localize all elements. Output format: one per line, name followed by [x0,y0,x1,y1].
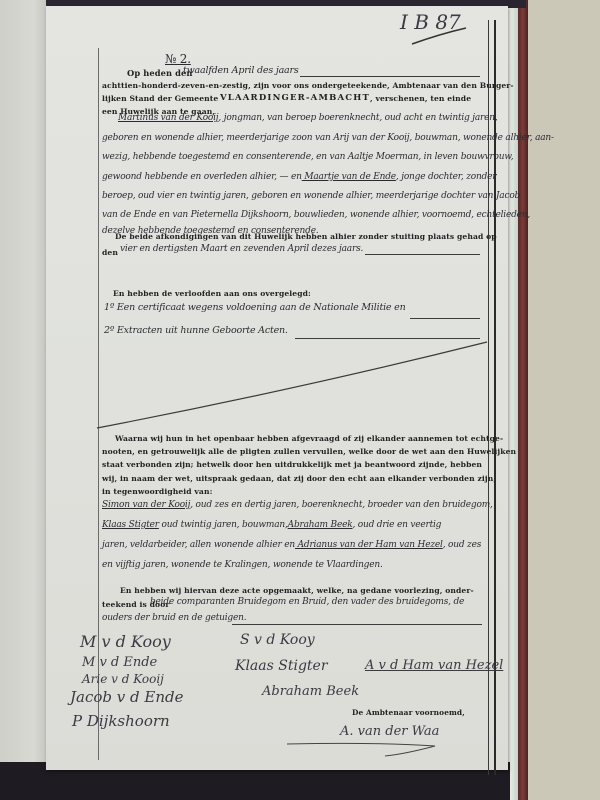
party-line: Martinus van der Kooij, jongman, van ber… [118,113,498,123]
intro-line3-pre: lijken Stand der Gemeente [102,94,218,103]
closing-hand-3: ouders der bruid en de getuigen. [102,613,246,623]
person-name: Simon van der Kooij [102,500,190,510]
signature-witness-3: Abraham Beek [262,684,359,699]
signature-mother-bride: P Dijkshoorn [72,712,170,730]
document-item-1: 1º Een certificaat wegens voldoening aan… [104,302,405,313]
party-line: wezig, hebbende toegestemd en consentere… [102,152,513,162]
official-flourish [285,740,465,760]
ceremony-line: in tegenwoordigheid van: [102,487,212,496]
fill-line [300,76,480,77]
proclamation-printed: De beide afkondigingen van dit Huwelijk … [115,232,497,241]
person-name: Klaas Stigter [102,520,159,530]
party-line: beroep, oud vier en twintig jaren, gebor… [102,191,520,201]
fill-line [295,338,480,339]
left-page-edge [0,0,48,790]
line-text: , jongman, van beroep boerenknecht, oud … [218,113,497,123]
signature-father-groom: Arie v d Kooij [82,672,164,686]
party-line: van de Ende en van Pieternella Dijkshoor… [102,210,530,220]
line-text: wezig, hebbende toegestemd en consentere… [102,152,513,162]
line-text: en vijftig jaren, wonende te Kralingen, … [102,560,383,570]
fill-line [232,624,482,625]
ceremony-line: nooten, en getrouwelijk alle de pligten … [102,447,516,456]
intro-date-hand: twaalfden April des jaars [183,65,299,76]
party-line: geboren en wonende alhier, meerderjarige… [102,133,554,143]
proclamation-dates-hand: vier en dertigsten Maart en zevenden Apr… [120,244,363,254]
signature-bride: M v d Ende [82,655,157,670]
signature-groom: M v d Kooy [80,632,171,651]
line-text: gewoond hebbende en overleden alhier, — … [102,172,302,182]
signature-witness-4: A v d Ham van Hezel [365,658,503,673]
document-item-2: 2º Extracten uit hunne Geboorte Acten. [104,325,288,336]
reference-underline [410,26,470,46]
ceremony-line: Waarna wij hun in het openbaar hebben af… [115,434,503,443]
line-text: , oud zes en dertig jaren, boerenknecht,… [190,500,493,510]
intro-line3-post: , verschenen, ten einde [370,94,471,103]
line-text: , oud drie en veertig [352,520,441,530]
municipality-name: VLAARDINGER-AMBACHT [220,93,370,103]
witness-line: Klaas Stigter oud twintig jaren, bouwman… [102,520,441,530]
person-name: Martinus van der Kooij [118,113,218,123]
closing-hand-2: beide comparanten Bruidegom en Bruid, de… [150,597,464,607]
background-wall [528,0,600,800]
line-text: oud twintig jaren, bouwman, [159,520,288,530]
line-text: geboren en wonende alhier, meerderjarige… [102,133,554,143]
person-name: Abraham Beek [288,520,353,530]
person-name: Adrianus van der Ham van Hezel [295,540,443,550]
act-number: № 2. [165,52,191,66]
line-text: , jonge dochter, zonder [396,172,496,182]
witness-line: en vijftig jaren, wonende te Kralingen, … [102,560,383,570]
void-strike-line [95,340,495,430]
official-label: De Ambtenaar voornoemd, [352,708,465,717]
person-name: Maartje van de Ende [302,172,396,182]
fill-line [365,254,480,255]
official-signature: A. van der Waa [340,724,439,739]
fill-line [410,318,480,319]
witness-line: Simon van der Kooij, oud zes en dertig j… [102,500,493,510]
ceremony-line: wij, in naam der wet, uitspraak gedaan, … [102,474,496,483]
book-cover-spine [518,0,528,800]
signature-witness-1: S v d Kooy [240,632,315,648]
intro-line2: achttien-honderd-zeven-en-zestig, zijn v… [102,81,514,90]
line-text: van de Ende en van Pieternella Dijkshoor… [102,210,530,220]
signature-father-bride: Jacob v d Ende [70,688,183,706]
ceremony-line: staat verbonden zijn; hetwelk door hen u… [102,460,482,469]
signature-witness-2: Klaas Stigter [235,658,328,674]
documents-heading: En hebben de verloofden aan ons overgele… [113,289,311,298]
line-text: jaren, veldarbeider, allen wonende alhie… [102,540,295,550]
line-text: beroep, oud vier en twintig jaren, gebor… [102,191,520,201]
witness-line: jaren, veldarbeider, allen wonende alhie… [102,540,481,550]
party-line: gewoond hebbende en overleden alhier, — … [102,172,496,182]
closing-printed-1: En hebben wij hiervan deze acte opgemaak… [120,586,474,595]
line-text: , oud zes [443,540,481,550]
proclamation-den: den [102,248,118,257]
